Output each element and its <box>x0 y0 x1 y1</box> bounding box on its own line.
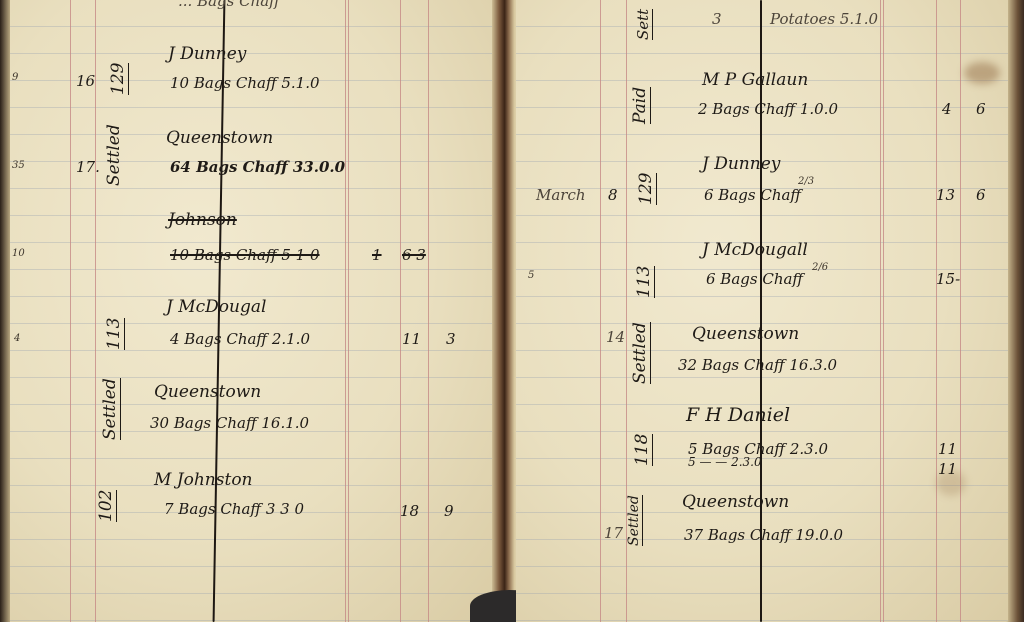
entry-item: 4 Bags Chaff 2.1.0 <box>170 330 310 348</box>
entry-day: 14 <box>606 328 625 346</box>
ink-stain <box>964 62 1000 84</box>
margin-number: 35 <box>12 160 25 171</box>
entry-status: Paid <box>630 87 651 124</box>
entry-name: J Dunney <box>702 154 780 174</box>
entry-folio: 113 <box>104 318 125 350</box>
entry-folio: 118 <box>632 434 653 466</box>
entry-day: 17. <box>76 158 100 176</box>
entry-pence: 6 3 <box>402 246 426 264</box>
right-ledger-page: 5 Sett 3 Potatoes 5.1.0 Paid M P Gallaun… <box>516 0 1016 622</box>
entry-item: 10 Bags Chaff 5 1 0 <box>170 246 320 264</box>
entry-item-line2: 5 — — 2.3.0 <box>688 455 762 469</box>
page-edge <box>1008 0 1024 622</box>
red-rule <box>428 0 429 622</box>
entry-shillings: 1 <box>372 246 382 264</box>
entry-name: Queenstown <box>166 128 273 148</box>
entry-item: 6 Bags Chaff <box>706 270 803 288</box>
entry-item: 7 Bags Chaff 3 3 0 <box>164 500 304 518</box>
margin-number: 10 <box>12 248 25 259</box>
red-rule <box>345 0 346 622</box>
red-rule <box>936 0 937 622</box>
entry-status: Sett <box>634 9 653 40</box>
entry-day: 17 <box>604 524 623 542</box>
entry-folio: 3 <box>712 10 722 28</box>
entry-folio: 129 <box>636 173 657 205</box>
entry-folio: 113 <box>634 266 655 298</box>
entry-month: March <box>536 186 586 204</box>
red-rule <box>960 0 961 622</box>
entry-shillings: 15- <box>936 270 960 288</box>
left-ledger-page: ... Bags Chaff 9 35 10 4 16 129 J Dunney… <box>0 0 500 622</box>
entry-item: 30 Bags Chaff 16.1.0 <box>150 414 309 432</box>
entry-name: F H Daniel <box>686 404 790 426</box>
entry-pence: 6 <box>976 100 986 118</box>
margin-number: 9 <box>12 72 18 83</box>
entry-folio: 102 <box>96 490 117 522</box>
entry-item: 2 Bags Chaff 1.0.0 <box>698 100 838 118</box>
entry-item: Potatoes 5.1.0 <box>770 10 878 28</box>
entry-shillings: 11 <box>938 440 957 458</box>
entry-rate: 2/3 <box>798 176 814 187</box>
entry-pence: 9 <box>444 502 454 520</box>
entry-day: 16 <box>76 72 95 90</box>
entry-item: 37 Bags Chaff 19.0.0 <box>684 526 843 544</box>
entry-name: J McDougal <box>166 297 266 317</box>
entry-name: Queenstown <box>692 324 799 344</box>
entry-name: M P Gallaun <box>702 70 808 90</box>
red-rule <box>400 0 401 622</box>
entry-item: 64 Bags Chaff 33.0.0 <box>170 158 345 176</box>
entry-status: Settled <box>100 378 121 440</box>
margin-number: 5 <box>528 270 534 281</box>
entry-shillings: 18 <box>400 502 419 520</box>
entry-folio: 129 <box>108 63 129 95</box>
red-rule <box>95 0 96 622</box>
entry-shillings: 4 <box>942 100 952 118</box>
red-rule <box>70 0 71 622</box>
page-edge <box>0 0 10 622</box>
entry-status: Settled <box>626 495 643 546</box>
entry-name: J Dunney <box>168 44 246 64</box>
entry-rate: 2/6 <box>812 262 828 273</box>
entry-pence: 6 <box>976 186 986 204</box>
entry-pence: 3 <box>446 330 456 348</box>
entry-shillings: 11 <box>402 330 421 348</box>
entry-shillings: 11 <box>938 460 957 478</box>
entry-item: 10 Bags Chaff 5.1.0 <box>170 74 320 92</box>
entry-shillings: 13 <box>936 186 955 204</box>
entry-item: 6 Bags Chaff <box>704 186 801 204</box>
entry-day: 8 <box>608 186 618 204</box>
entry-status: Settled <box>630 322 651 384</box>
entry-item: 32 Bags Chaff 16.3.0 <box>678 356 837 374</box>
red-rule <box>600 0 601 622</box>
entry-name: Queenstown <box>682 492 789 512</box>
top-fragment: ... Bags Chaff <box>178 0 280 10</box>
entry-name: J McDougall <box>702 240 808 260</box>
entry-name: Johnson <box>168 210 237 230</box>
entry-status: Settled <box>104 124 124 186</box>
entry-name: Queenstown <box>154 382 261 402</box>
entry-name: M Johnston <box>154 470 253 490</box>
red-rule <box>880 0 881 622</box>
margin-number: 4 <box>14 333 20 344</box>
